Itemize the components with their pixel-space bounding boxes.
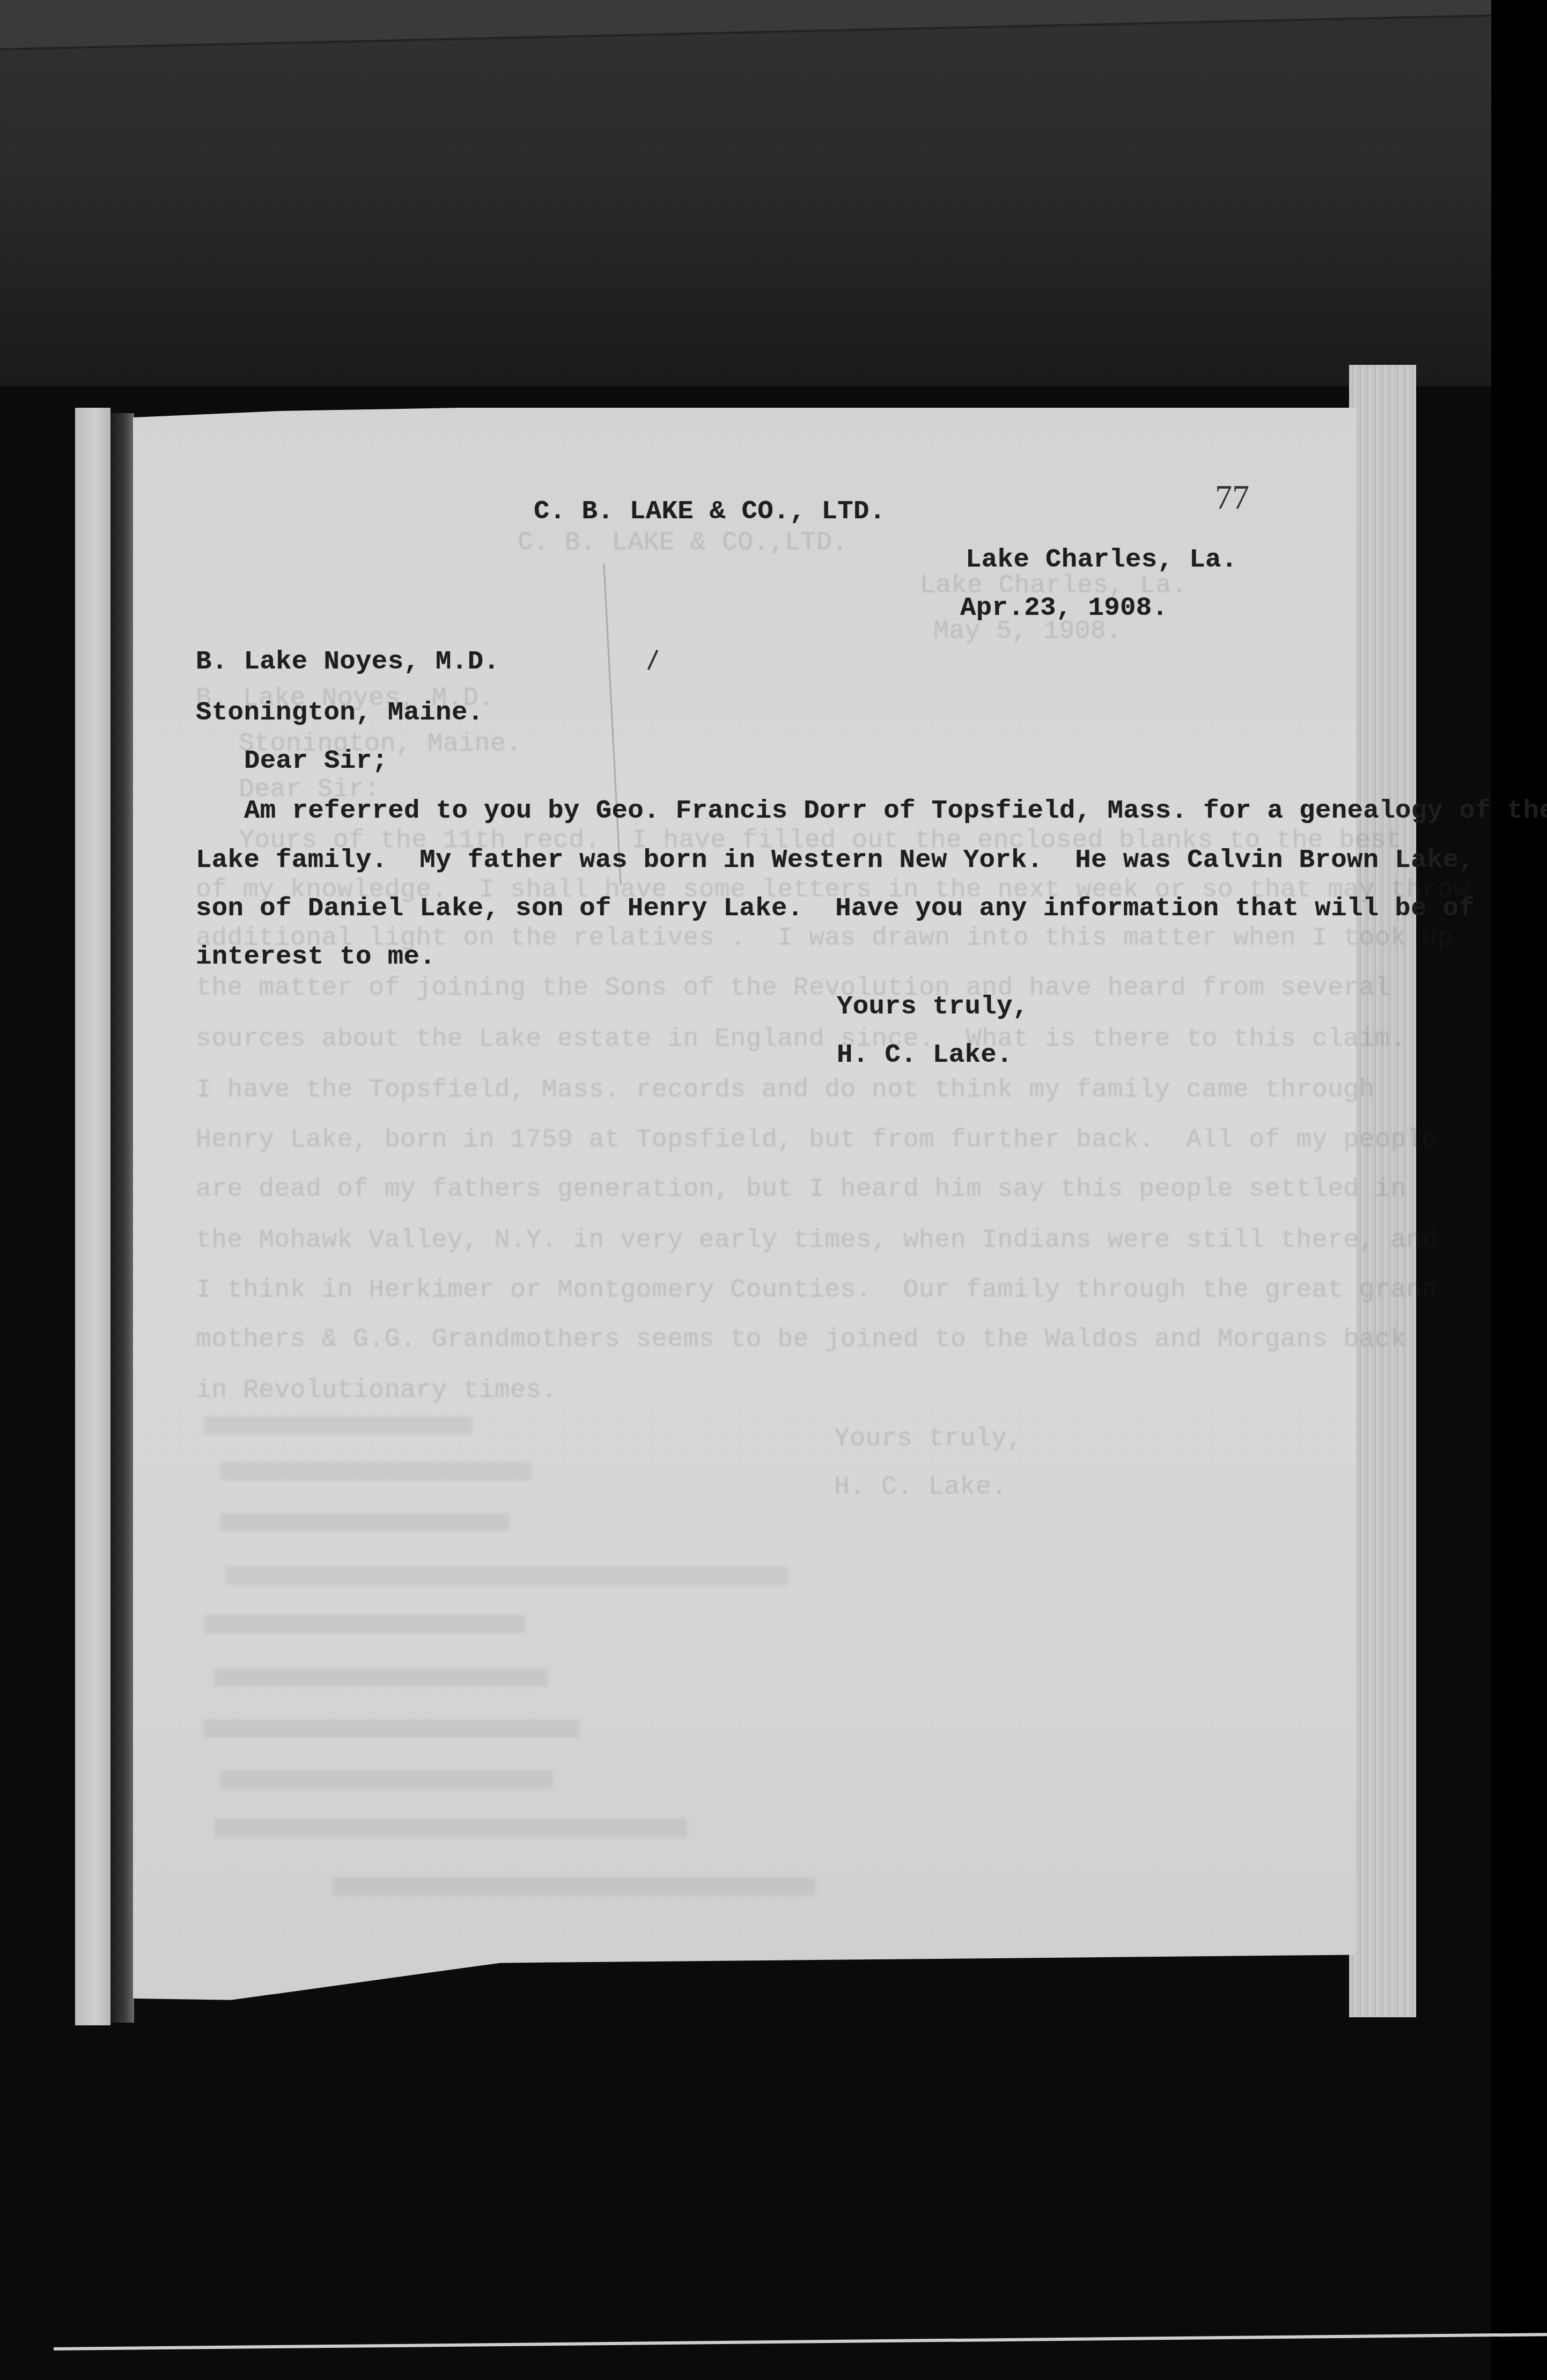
ghost-illegible-line — [225, 1567, 789, 1585]
ghost-signature: H. C. Lake. — [834, 1473, 1007, 1502]
body-line: Lake family. My father was born in Weste… — [196, 845, 1475, 875]
ghost-illegible-line — [220, 1462, 531, 1480]
facing-page-edge — [75, 408, 110, 2025]
ghost-illegible-line — [215, 1669, 547, 1687]
ghost-line: mothers & G.G. Grandmothers seems to be … — [196, 1325, 1406, 1354]
page-number: 77 — [1215, 478, 1249, 517]
ghost-letterhead: C. B. LAKE & CO.,LTD. — [518, 528, 848, 557]
salutation: Dear Sir; — [244, 746, 388, 776]
ghost-line: in Revolutionary times. — [196, 1376, 557, 1405]
film-bottom-edge-line — [54, 2333, 1547, 2350]
recipient-name: B. Lake Noyes, M.D. — [196, 647, 499, 677]
ghost-illegible-line — [215, 1819, 687, 1837]
letterhead: C. B. LAKE & CO., LTD. — [534, 496, 886, 526]
book-gutter — [110, 413, 134, 2023]
ghost-illegible-line — [204, 1615, 526, 1633]
ghost-line: the matter of joining the Sons of the Re… — [196, 974, 1390, 1003]
ghost-illegible-line — [220, 1771, 552, 1789]
body-line: Am referred to you by Geo. Francis Dorr … — [244, 796, 1547, 826]
ghost-line: sources about the Lake estate in England… — [196, 1025, 1406, 1054]
letter-date: Apr.23, 1908. — [960, 593, 1168, 623]
ghost-line: Henry Lake, born in 1759 at Topsfield, b… — [196, 1126, 1438, 1155]
ghost-line: the Mohawk Valley, N.Y. in very early ti… — [196, 1226, 1438, 1255]
ghost-illegible-line — [204, 1416, 472, 1435]
ghost-line: I think in Herkimer or Montgomery Counti… — [196, 1276, 1438, 1305]
signature: H. C. Lake. — [837, 1040, 1013, 1070]
ghost-illegible-line — [220, 1513, 510, 1531]
ghost-illegible-line — [204, 1720, 579, 1738]
body-line: son of Daniel Lake, son of Henry Lake. H… — [196, 893, 1475, 923]
ghost-illegible-line — [333, 1878, 815, 1896]
ghost-line: are dead of my fathers generation, but I… — [196, 1175, 1406, 1204]
ghost-line: I have the Topsfield, Mass. records and … — [196, 1076, 1375, 1105]
body-line: interest to me. — [196, 942, 436, 972]
closing: Yours truly, — [837, 991, 1029, 1022]
film-right-border — [1491, 0, 1547, 2380]
letter-place: Lake Charles, La. — [966, 545, 1237, 575]
ghost-closing: Yours truly, — [834, 1424, 1023, 1453]
film-top-band — [0, 0, 1491, 386]
recipient-address: Stonington, Maine. — [196, 697, 484, 728]
